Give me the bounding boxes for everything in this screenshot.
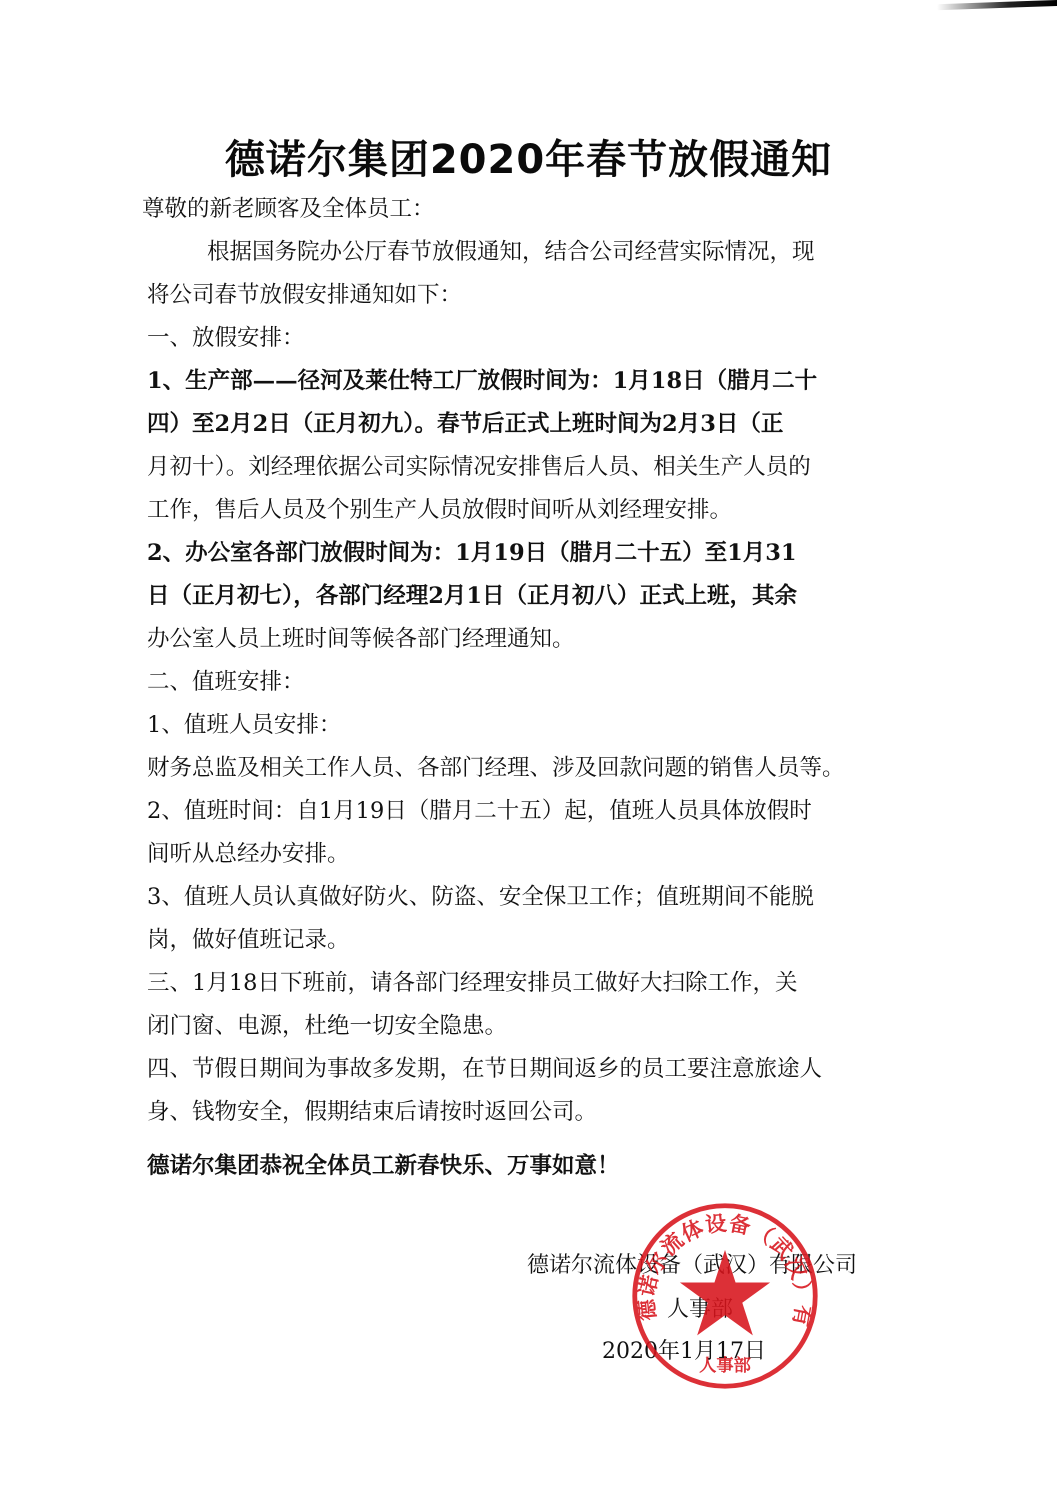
section1-item1-line1: 1、生产部——径河及莱仕特工厂放假时间为：1月18日（腊月二十 [147, 362, 907, 400]
signature-date: 2020年1月17日 [602, 1334, 766, 1365]
closing-greeting: 德诺尔集团恭祝全体员工新春快乐、万事如意！ [147, 1148, 620, 1180]
section2-item1-body: 财务总监及相关工作人员、各部门经理、涉及回款问题的销售人员等。 [147, 749, 907, 787]
section1-item1-line2: 四）至2月2日（正月初九）。春节后正式上班时间为2月3日（正 [147, 405, 907, 443]
section2-item2-line1: 2、值班时间：自1月19日（腊月二十五）起，值班人员具体放假时 [147, 792, 907, 830]
section1-item2-line1: 2、办公室各部门放假时间为：1月19日（腊月二十五）至1月31 [147, 534, 907, 572]
section2-heading: 二、值班安排： [147, 663, 907, 701]
section3-line1: 三、1月18日下班前，请各部门经理安排员工做好大扫除工作，关 [147, 964, 907, 1002]
section3-line2: 闭门窗、电源，杜绝一切安全隐患。 [147, 1007, 907, 1045]
scan-edge-artifact [937, 0, 1057, 10]
signature-company: 德诺尔流体设备（武汉）有限公司 [527, 1248, 857, 1279]
section1-item1-line4: 工作，售后人员及个别生产人员放假时间听从刘经理安排。 [147, 491, 907, 529]
section1-item1-line3: 月初十）。刘经理依据公司实际情况安排售后人员、相关生产人员的 [147, 448, 907, 486]
section2-item1-heading: 1、值班人员安排： [147, 706, 907, 744]
section1-item2-line3: 办公室人员上班时间等候各部门经理通知。 [147, 620, 907, 658]
section4-line1: 四、节假日期间为事故多发期，在节日期间返乡的员工要注意旅途人 [147, 1050, 907, 1088]
section2-item2-line2: 间听从总经办安排。 [147, 835, 907, 873]
intro-line-2: 将公司春节放假安排通知如下： [147, 276, 907, 314]
section2-item3-line2: 岗，做好值班记录。 [147, 921, 907, 959]
signature-department: 人事部 [667, 1292, 733, 1323]
document-body: 尊敬的新老顾客及全体员工： 根据国务院办公厅春节放假通知，结合公司经营实际情况，… [147, 190, 907, 1131]
document-title: 德诺尔集团2020年春节放假通知 [0, 128, 1057, 185]
section1-heading: 一、放假安排： [147, 319, 907, 357]
salutation: 尊敬的新老顾客及全体员工： [142, 190, 907, 228]
section1-item2-line2: 日（正月初七），各部门经理2月1日（正月初八）正式上班，其余 [147, 577, 907, 615]
section4-line2: 身、钱物安全，假期结束后请按时返回公司。 [147, 1093, 907, 1131]
intro-line-1: 根据国务院办公厅春节放假通知，结合公司经营实际情况，现 [147, 233, 907, 271]
section2-item3-line1: 3、值班人员认真做好防火、防盗、安全保卫工作；值班期间不能脱 [147, 878, 907, 916]
